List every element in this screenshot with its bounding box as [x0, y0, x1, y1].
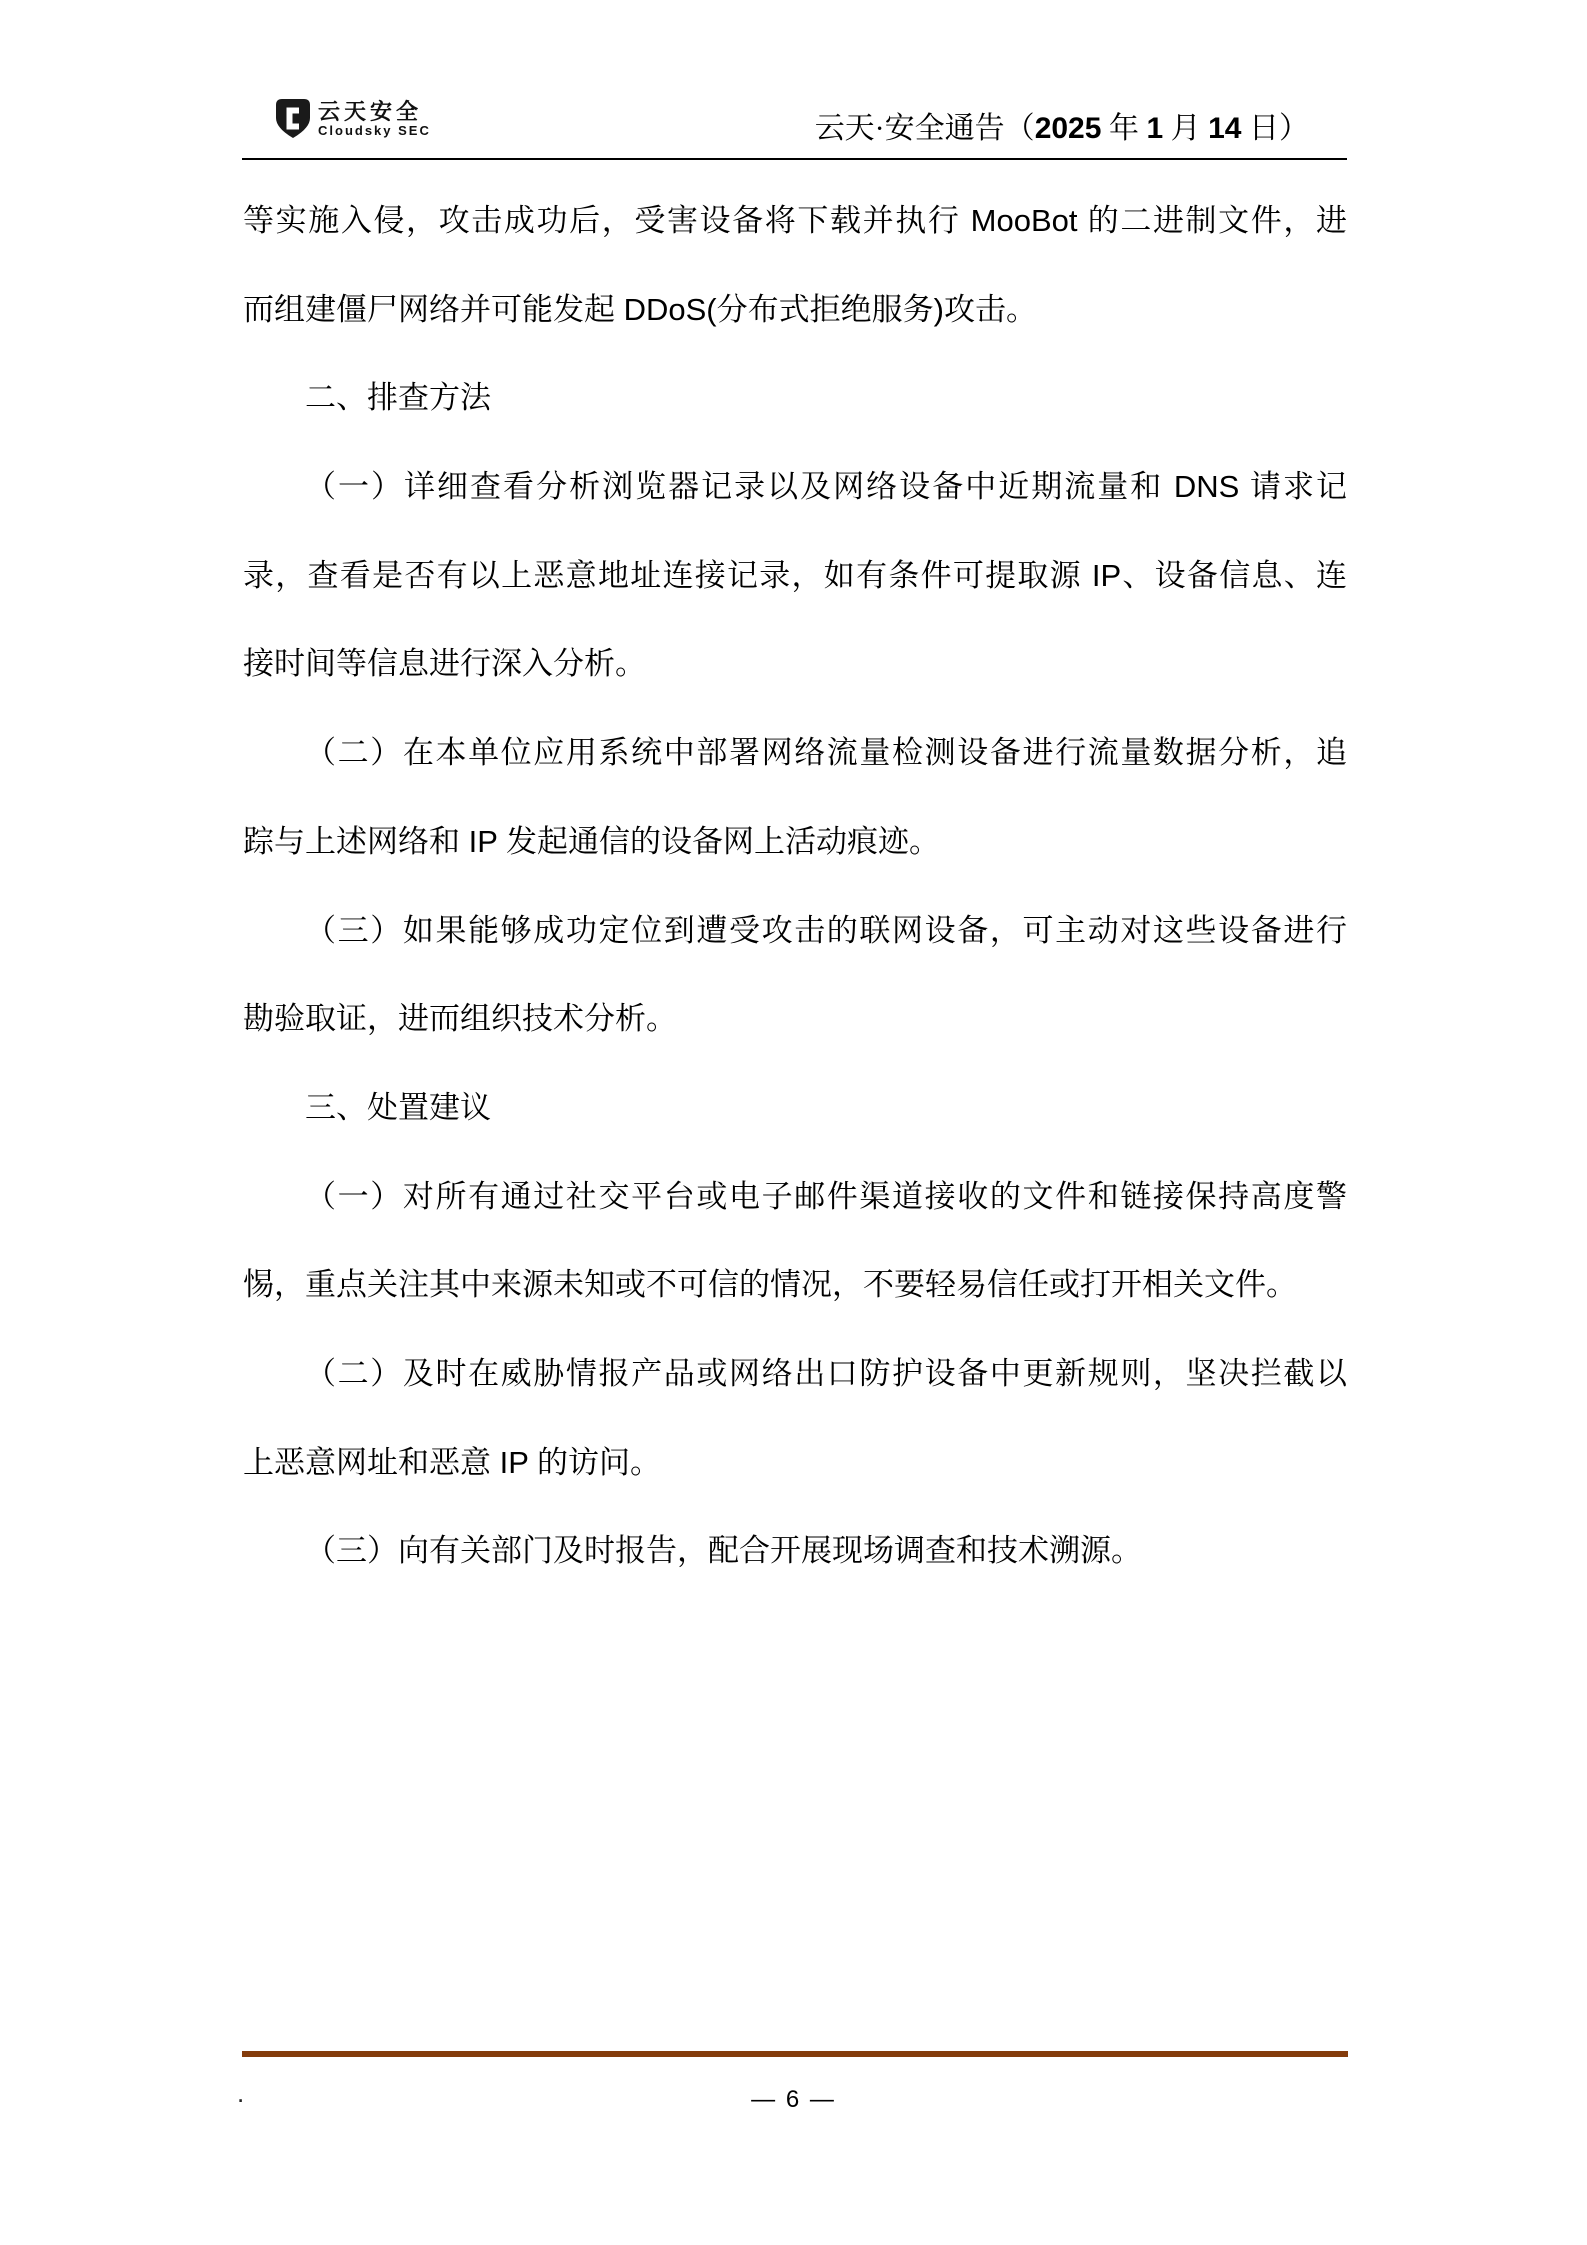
document-body: 等实施入侵，攻击成功后，受害设备将下载并执行 MooBot 的二进制文件，进而组… [243, 177, 1347, 1596]
shield-c-icon [276, 99, 310, 138]
section-3-item-2-line-1: （二）及时在威胁情报产品或网络出口防护设备中更新规则，坚决拦截以 [243, 1330, 1347, 1419]
header-title-part: 日） [1242, 112, 1310, 145]
section-3-heading-line-1: 三、处置建议 [243, 1064, 1347, 1153]
section-3-item-3-line-1: （三）向有关部门及时报告，配合开展现场调查和技术溯源。 [243, 1507, 1347, 1596]
section-2-item-2-line-2: 踪与上述网络和 IP 发起通信的设备网上活动痕迹。 [243, 798, 1347, 887]
header-title-part: 云天·安全通告（ [815, 112, 1035, 145]
section-2-item-3-line-2: 勘验取证，进而组织技术分析。 [243, 975, 1347, 1064]
section-3-item-1-line-2: 惕，重点关注其中来源未知或不可信的情况，不要轻易信任或打开相关文件。 [243, 1241, 1347, 1330]
logo-name-cn: 云天安全 [318, 100, 431, 124]
logo-text: 云天安全 Cloudsky SEC [318, 100, 431, 138]
header-title-part: 月 [1163, 112, 1208, 145]
section-2-heading-line-1: 二、排查方法 [243, 354, 1347, 443]
document-page: 云天安全 Cloudsky SEC 云天·安全通告（2025 年 1 月 14 … [0, 0, 1587, 2245]
section-2-item-1-line-2: 录，查看是否有以上恶意地址连接记录，如有条件可提取源 IP、设备信息、连 [243, 532, 1347, 621]
intro-continuation-line-1: 等实施入侵，攻击成功后，受害设备将下载并执行 MooBot 的二进制文件，进 [243, 177, 1347, 266]
cloudsky-logo: 云天安全 Cloudsky SEC [276, 99, 431, 138]
section-2-item-3-line-1: （三）如果能够成功定位到遭受攻击的联网设备，可主动对这些设备进行 [243, 887, 1347, 976]
header-title-part: 年 [1101, 112, 1146, 145]
header-title-day: 14 [1208, 112, 1241, 145]
page-number: — 6 — [0, 2086, 1587, 2114]
intro-continuation-line-2: 而组建僵尸网络并可能发起 DDoS(分布式拒绝服务)攻击。 [243, 266, 1347, 355]
logo-name-en: Cloudsky SEC [318, 124, 431, 138]
header-title: 云天·安全通告（2025 年 1 月 14 日） [815, 112, 1309, 146]
section-2-item-2-line-1: （二）在本单位应用系统中部署网络流量检测设备进行流量数据分析，追 [243, 709, 1347, 798]
section-3-item-1-line-1: （一）对所有通过社交平台或电子邮件渠道接收的文件和链接保持高度警 [243, 1153, 1347, 1242]
header-title-month: 1 [1146, 112, 1163, 145]
header-divider [242, 158, 1347, 160]
header-title-year: 2025 [1035, 112, 1102, 145]
section-3-item-2-line-2: 上恶意网址和恶意 IP 的访问。 [243, 1419, 1347, 1508]
footer-divider [242, 2051, 1348, 2057]
section-2-item-1-line-3: 接时间等信息进行深入分析。 [243, 620, 1347, 709]
section-2-item-1-line-1: （一）详细查看分析浏览器记录以及网络设备中近期流量和 DNS 请求记 [243, 443, 1347, 532]
